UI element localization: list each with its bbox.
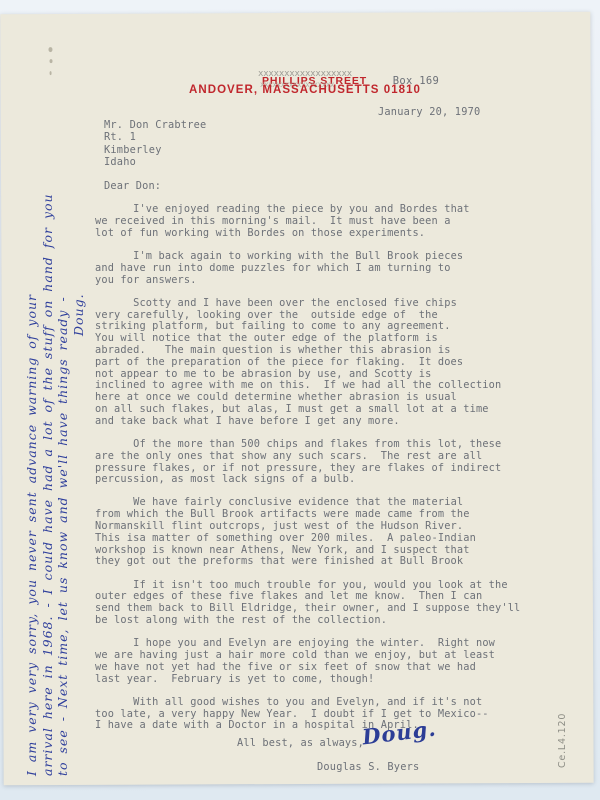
margin-note-signature: Doug. — [71, 161, 87, 776]
recipient-route: Rt. 1 — [104, 131, 206, 143]
margin-note-line-2: arrival here in 1968. - I could have had… — [40, 161, 56, 776]
recipient-city: Kimberley — [104, 144, 206, 156]
handwritten-margin-note: I am very very sorry, you never sent adv… — [24, 161, 86, 776]
paragraph-8: With all good wishes to you and Evelyn, … — [95, 697, 555, 732]
strikeout-x-overlay: xxxxxxxxxxxxxxxxxx — [258, 69, 352, 79]
paper-speck — [48, 47, 52, 52]
recipient-state: Idaho — [104, 156, 206, 168]
paragraph-4: Of the more than 500 chips and flakes fr… — [95, 439, 555, 486]
paragraph-5: We have fairly conclusive evidence that … — [95, 497, 555, 568]
letter-body: Dear Don: I've enjoyed reading the piece… — [95, 181, 555, 732]
recipient-address: Mr. Don Crabtree Rt. 1 Kimberley Idaho — [104, 119, 206, 169]
catalog-number: Ce.L4.120 — [557, 688, 568, 768]
typed-signature-name: Douglas S. Byers — [317, 761, 419, 773]
closing-line: All best, as always, — [237, 737, 364, 749]
paragraph-7: I hope you and Evelyn are enjoying the w… — [95, 638, 555, 685]
recipient-name: Mr. Don Crabtree — [104, 119, 206, 131]
paragraph-1: I've enjoyed reading the piece by you an… — [95, 204, 555, 239]
paragraph-3: Scotty and I have been over the enclosed… — [95, 298, 555, 428]
letterhead-city-line: ANDOVER, MASSACHUSETTS 01810 — [189, 84, 421, 96]
letter-date: January 20, 1970 — [378, 106, 480, 118]
paragraph-6: If it isn't too much trouble for you, wo… — [95, 580, 555, 627]
paper-speck — [50, 71, 52, 75]
paper-speck — [50, 59, 53, 63]
margin-note-line-1: I am very very sorry, you never sent adv… — [24, 161, 40, 776]
margin-note-line-3: to see - Next time, let us know and we'l… — [55, 161, 71, 776]
paragraph-2: I'm back again to working with the Bull … — [95, 251, 555, 286]
salutation: Dear Don: — [95, 181, 555, 193]
